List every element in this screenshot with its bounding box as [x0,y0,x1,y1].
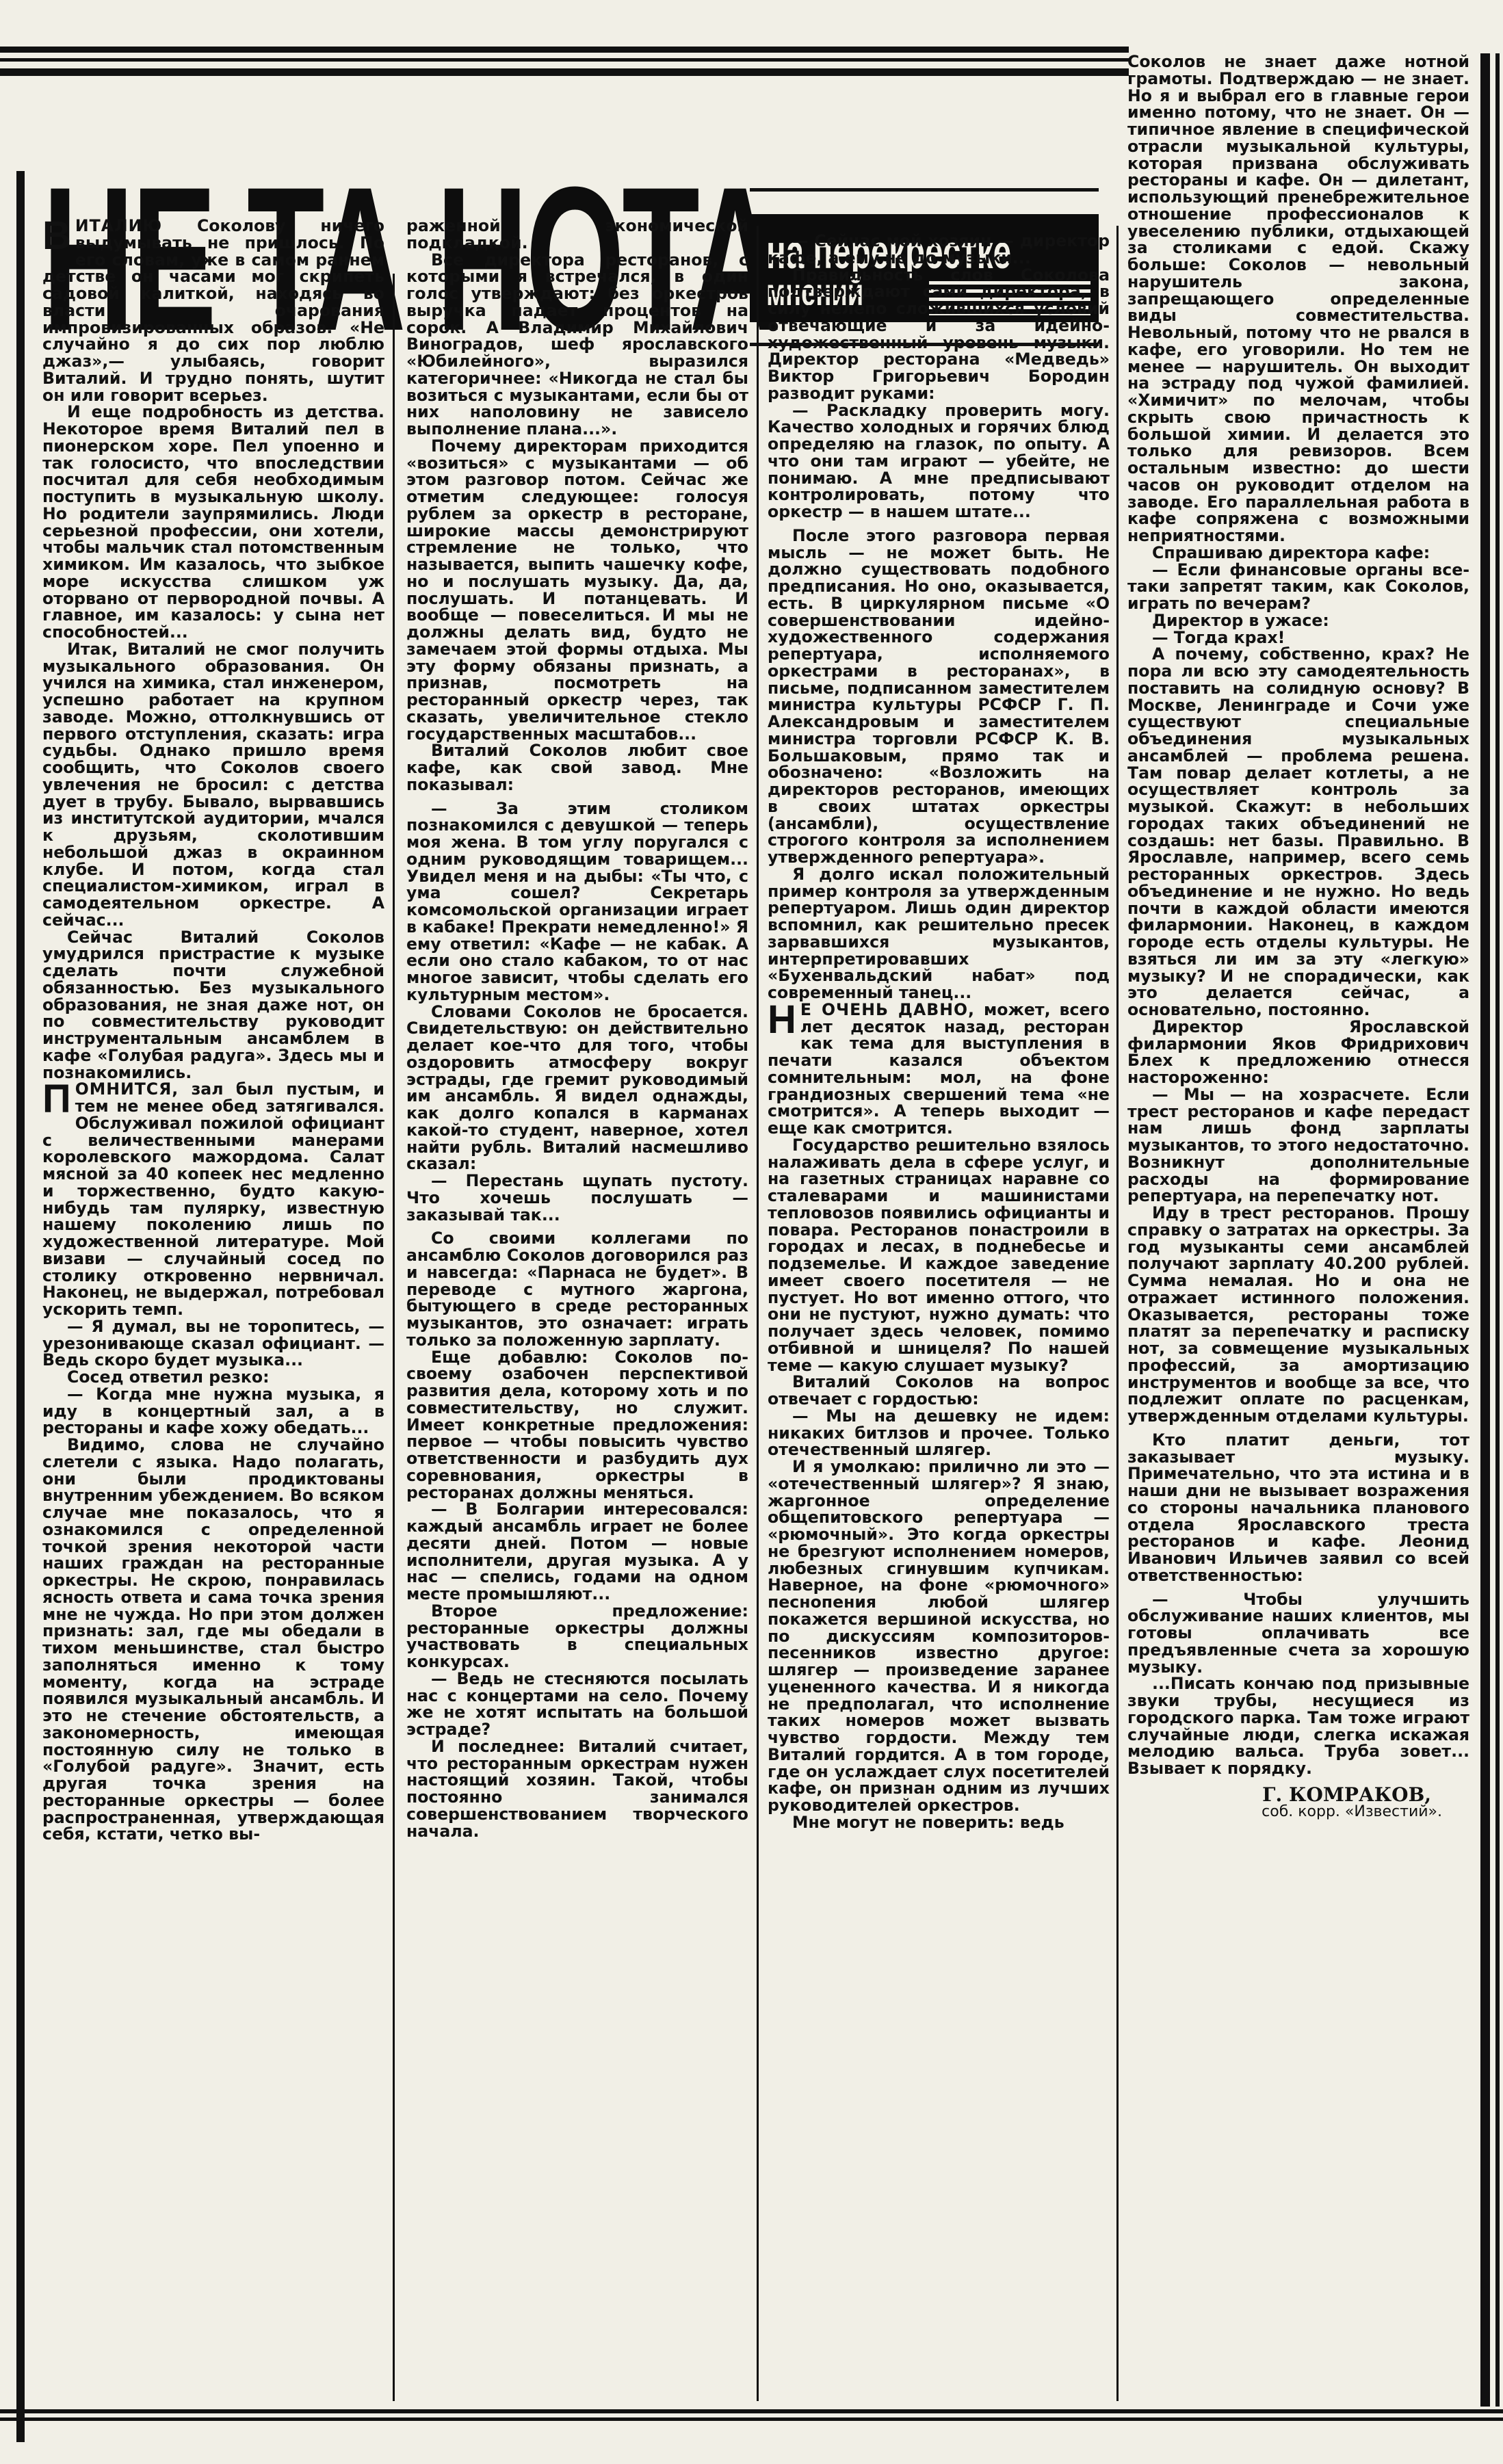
paragraph-text: может, всего лет десяток назад, ресторан… [768,1000,1110,1138]
article-paragraph: — Чтобы улучшить обслуживание наших клие… [1127,1591,1469,1676]
right-border-bar-thin [1495,53,1500,2407]
paragraph-text: Виталий Соколов любит свое кафе, как сво… [406,741,748,794]
paragraph-text: Правильность слов Соколова подтверждают … [768,265,1110,403]
rubric-rule-top [750,188,1099,192]
article-paragraph: раженной экономической подкладкой. [406,218,748,252]
article-paragraph: — Мы на дешевку не идем: никаких битлзов… [768,1408,1110,1458]
rule-line [0,2409,1503,2413]
article-paragraph: — Ведь не стесняются посылать нас с конц… [406,1670,748,1738]
byline: Г. КОМРАКОВ, соб. корр. «Известий». [1127,1787,1469,1821]
paragraph-text: — Мы на дешевку не идем: никаких битлзов… [768,1406,1110,1460]
paragraph-text: И еще подробность из детства. Некоторое … [42,402,384,642]
drop-cap: В [42,219,71,253]
article-paragraph: Итак, Виталий не смог получить музыкальн… [42,641,384,929]
rule-line [0,58,1129,62]
paragraph-text: Почему директорам приходится «возиться» … [406,436,748,744]
paragraph-text: Видимо, слова не случайно слетели с язык… [42,1435,384,1844]
article-paragraph: — Перестань щупать пустоту. Что хочешь п… [406,1172,748,1223]
paragraph-text: — Раскладку проверить могу. Качество хол… [768,401,1110,522]
paragraph-text: Кто платит деньги, тот заказывает музыку… [1127,1430,1469,1585]
paragraph-text: — За этим столиком познакомился с девушк… [406,799,748,1004]
paragraph-text: — Перестань щупать пустоту. Что хочешь п… [406,1171,748,1224]
paragraph-text: Соколов не знает даже нотной грамоты. По… [1127,52,1469,545]
paragraph-text: Мне могут не поверить: ведь [792,1813,1064,1832]
paragraph-text: После этого разговора первая мысль — не … [768,526,1110,867]
article-paragraph: Почему директорам приходится «возиться» … [406,438,748,743]
article-paragraph: ...Писать кончаю под призывные звуки тру… [1127,1675,1469,1777]
paragraph-text: — Когда мне нужна музыка, я иду в концер… [42,1385,384,1438]
article-paragraph: — Если финансовые органы все-таки запрет… [1127,562,1469,612]
paragraph-text: зал был пустым, и тем не менее обед затя… [42,1079,384,1319]
paragraph-text: И я умолкаю: прилично ли это — «отечеств… [768,1457,1110,1815]
article-paragraph: И последнее: Виталий считает, что рестор… [406,1738,748,1840]
article-paragraph: ПОМНИТСЯ, зал был пустым, и тем не менее… [42,1081,384,1318]
article-column-2: раженной экономической подкладкой.Все ди… [406,218,748,1839]
newspaper-page: НЕ ТА НОТА на перекрестке мнений ВИТАЛИЮ… [0,0,1503,2464]
rule-line [0,68,1129,76]
article-paragraph: Спрашиваю директора кафе: [1127,545,1469,562]
article-column-4: Соколов не знает даже нотной грамоты. По… [1127,53,1469,1820]
article-paragraph: Соколов не знает даже нотной грамоты. По… [1127,53,1469,545]
article-paragraph: И еще подробность из детства. Некоторое … [42,404,384,641]
article-paragraph: Еще добавлю: Соколов по-своему озабочен … [406,1349,748,1502]
article-paragraph: Виталий Соколов любит свое кафе, как сво… [406,742,748,793]
paragraph-text: Я долго искал положительный пример контр… [768,865,1110,1002]
paragraph-text: Словами Соколов не бросается. Свидетельс… [406,1002,748,1174]
article-paragraph: Сейчас Виталий Соколов умудрился пристра… [42,929,384,1082]
paragraph-text: — В Болгарии интересовался: каждый ансам… [406,1499,748,1603]
article-paragraph: Я долго искал положительный пример контр… [768,866,1110,1001]
article-paragraph: — Я думал, вы не торопитесь, — урезонива… [42,1318,384,1369]
paragraph-text: Все директора ресторанов, с которыми я в… [406,250,748,439]
article-paragraph: — Сейчас мой хозяин — директор кафе, а е… [768,233,1110,267]
paragraph-text: Соколову ничего выдумывать не пришлось. … [42,216,384,405]
article-paragraph: — Раскладку проверить могу. Качество хол… [768,402,1110,521]
paragraph-text: Иду в трест ресторанов. Прошу справку о … [1127,1203,1469,1426]
paragraph-text: — Я думал, вы не торопитесь, — урезонива… [42,1317,384,1370]
article-paragraph: — Тогда крах! [1127,629,1469,646]
bottom-double-rule [0,2409,1503,2424]
article-paragraph: Государство решительно взялось налаживат… [768,1137,1110,1374]
column-separator [757,226,759,2401]
paragraph-text: И последнее: Виталий считает, что рестор… [406,1737,748,1841]
paragraph-text: Государство решительно взялось налаживат… [768,1136,1110,1375]
article-paragraph: А почему, собственно, крах? Не пора ли в… [1127,646,1469,1019]
paragraph-text: Виталий Соколов на вопрос отвечает с гор… [768,1372,1110,1408]
article-paragraph: Виталий Соколов на вопрос отвечает с гор… [768,1374,1110,1408]
author-role: соб. корр. «Известий». [1127,1804,1442,1821]
rule-line [0,2417,1503,2421]
column-separator [393,274,395,2401]
paragraph-text: Итак, Виталий не смог получить музыкальн… [42,640,384,930]
article-paragraph: Второе предложение: ресторанные оркестры… [406,1603,748,1670]
article-paragraph: Все директора ресторанов, с которыми я в… [406,252,748,438]
article-paragraph: НЕ ОЧЕНЬ ДАВНО, может, всего лет десяток… [768,1001,1110,1137]
article-paragraph: — За этим столиком познакомился с девушк… [406,800,748,1004]
article-paragraph: Правильность слов Соколова подтверждают … [768,267,1110,402]
paragraph-text: ...Писать кончаю под призывные звуки тру… [1127,1674,1469,1778]
left-border-bar [16,171,25,2442]
paragraph-text: Сейчас Виталий Соколов умудрился пристра… [42,928,384,1082]
paragraph-text: Еще добавлю: Соколов по-своему озабочен … [406,1348,748,1502]
article-column-1: ВИТАЛИЮ Соколову ничего выдумывать не пр… [42,218,384,1843]
paragraph-text: — Сейчас мой хозяин — директор кафе, а е… [768,231,1110,267]
paragraph-text: Со своими коллегами по ансамблю Соколов … [406,1229,748,1350]
article-paragraph: — Мы — на хозрасчете. Если трест рестора… [1127,1086,1469,1205]
column-body: Соколов не знает даже нотной грамоты. По… [1127,53,1469,1777]
article-paragraph: После этого разговора первая мысль — не … [768,527,1110,866]
article-paragraph: И я умолкаю: прилично ли это — «отечеств… [768,1458,1110,1814]
paragraph-text: Второе предложение: ресторанные оркестры… [406,1601,748,1671]
paragraph-text: — Чтобы улучшить обслуживание наших клие… [1127,1590,1469,1677]
paragraph-text: — Ведь не стесняются посылать нас с конц… [406,1669,748,1739]
drop-cap: П [42,1082,71,1116]
rule-line [0,47,1129,53]
article-paragraph: Кто платит деньги, тот заказывает музыку… [1127,1432,1469,1584]
article-paragraph: — В Болгарии интересовался: каждый ансам… [406,1501,748,1603]
column-separator [1116,226,1119,2401]
paragraph-text: А почему, собственно, крах? Не пора ли в… [1127,644,1469,1019]
article-column-3: — Сейчас мой хозяин — директор кафе, а е… [768,233,1110,1831]
top-double-rule [0,47,1129,79]
article-paragraph: Иду в трест ресторанов. Прошу справку о … [1127,1205,1469,1425]
article-paragraph: Видимо, слова не случайно слетели с язык… [42,1437,384,1843]
article-paragraph: Сосед ответил резко: [42,1369,384,1386]
article-paragraph: — Когда мне нужна музыка, я иду в концер… [42,1386,384,1437]
paragraph-text: — Мы — на хозрасчете. Если трест рестора… [1127,1085,1469,1206]
drop-cap: Н [768,1003,796,1037]
paragraph-text: Директор Ярославской филармонии Яков Фри… [1127,1017,1469,1087]
paragraph-text: — Если финансовые органы все-таки запрет… [1127,560,1469,614]
author-name: Г. КОМРАКОВ, [1127,1787,1431,1804]
article-paragraph: Директор Ярославской филармонии Яков Фри… [1127,1019,1469,1086]
article-paragraph: Директор в ужасе: [1127,612,1469,629]
article-paragraph: Мне могут не поверить: ведь [768,1814,1110,1831]
article-paragraph: Со своими коллегами по ансамблю Соколов … [406,1230,748,1348]
article-paragraph: ВИТАЛИЮ Соколову ничего выдумывать не пр… [42,218,384,404]
article-paragraph: Словами Соколов не бросается. Свидетельс… [406,1004,748,1173]
right-border-bar [1480,53,1490,2407]
paragraph-text: раженной экономической подкладкой. [406,216,748,252]
